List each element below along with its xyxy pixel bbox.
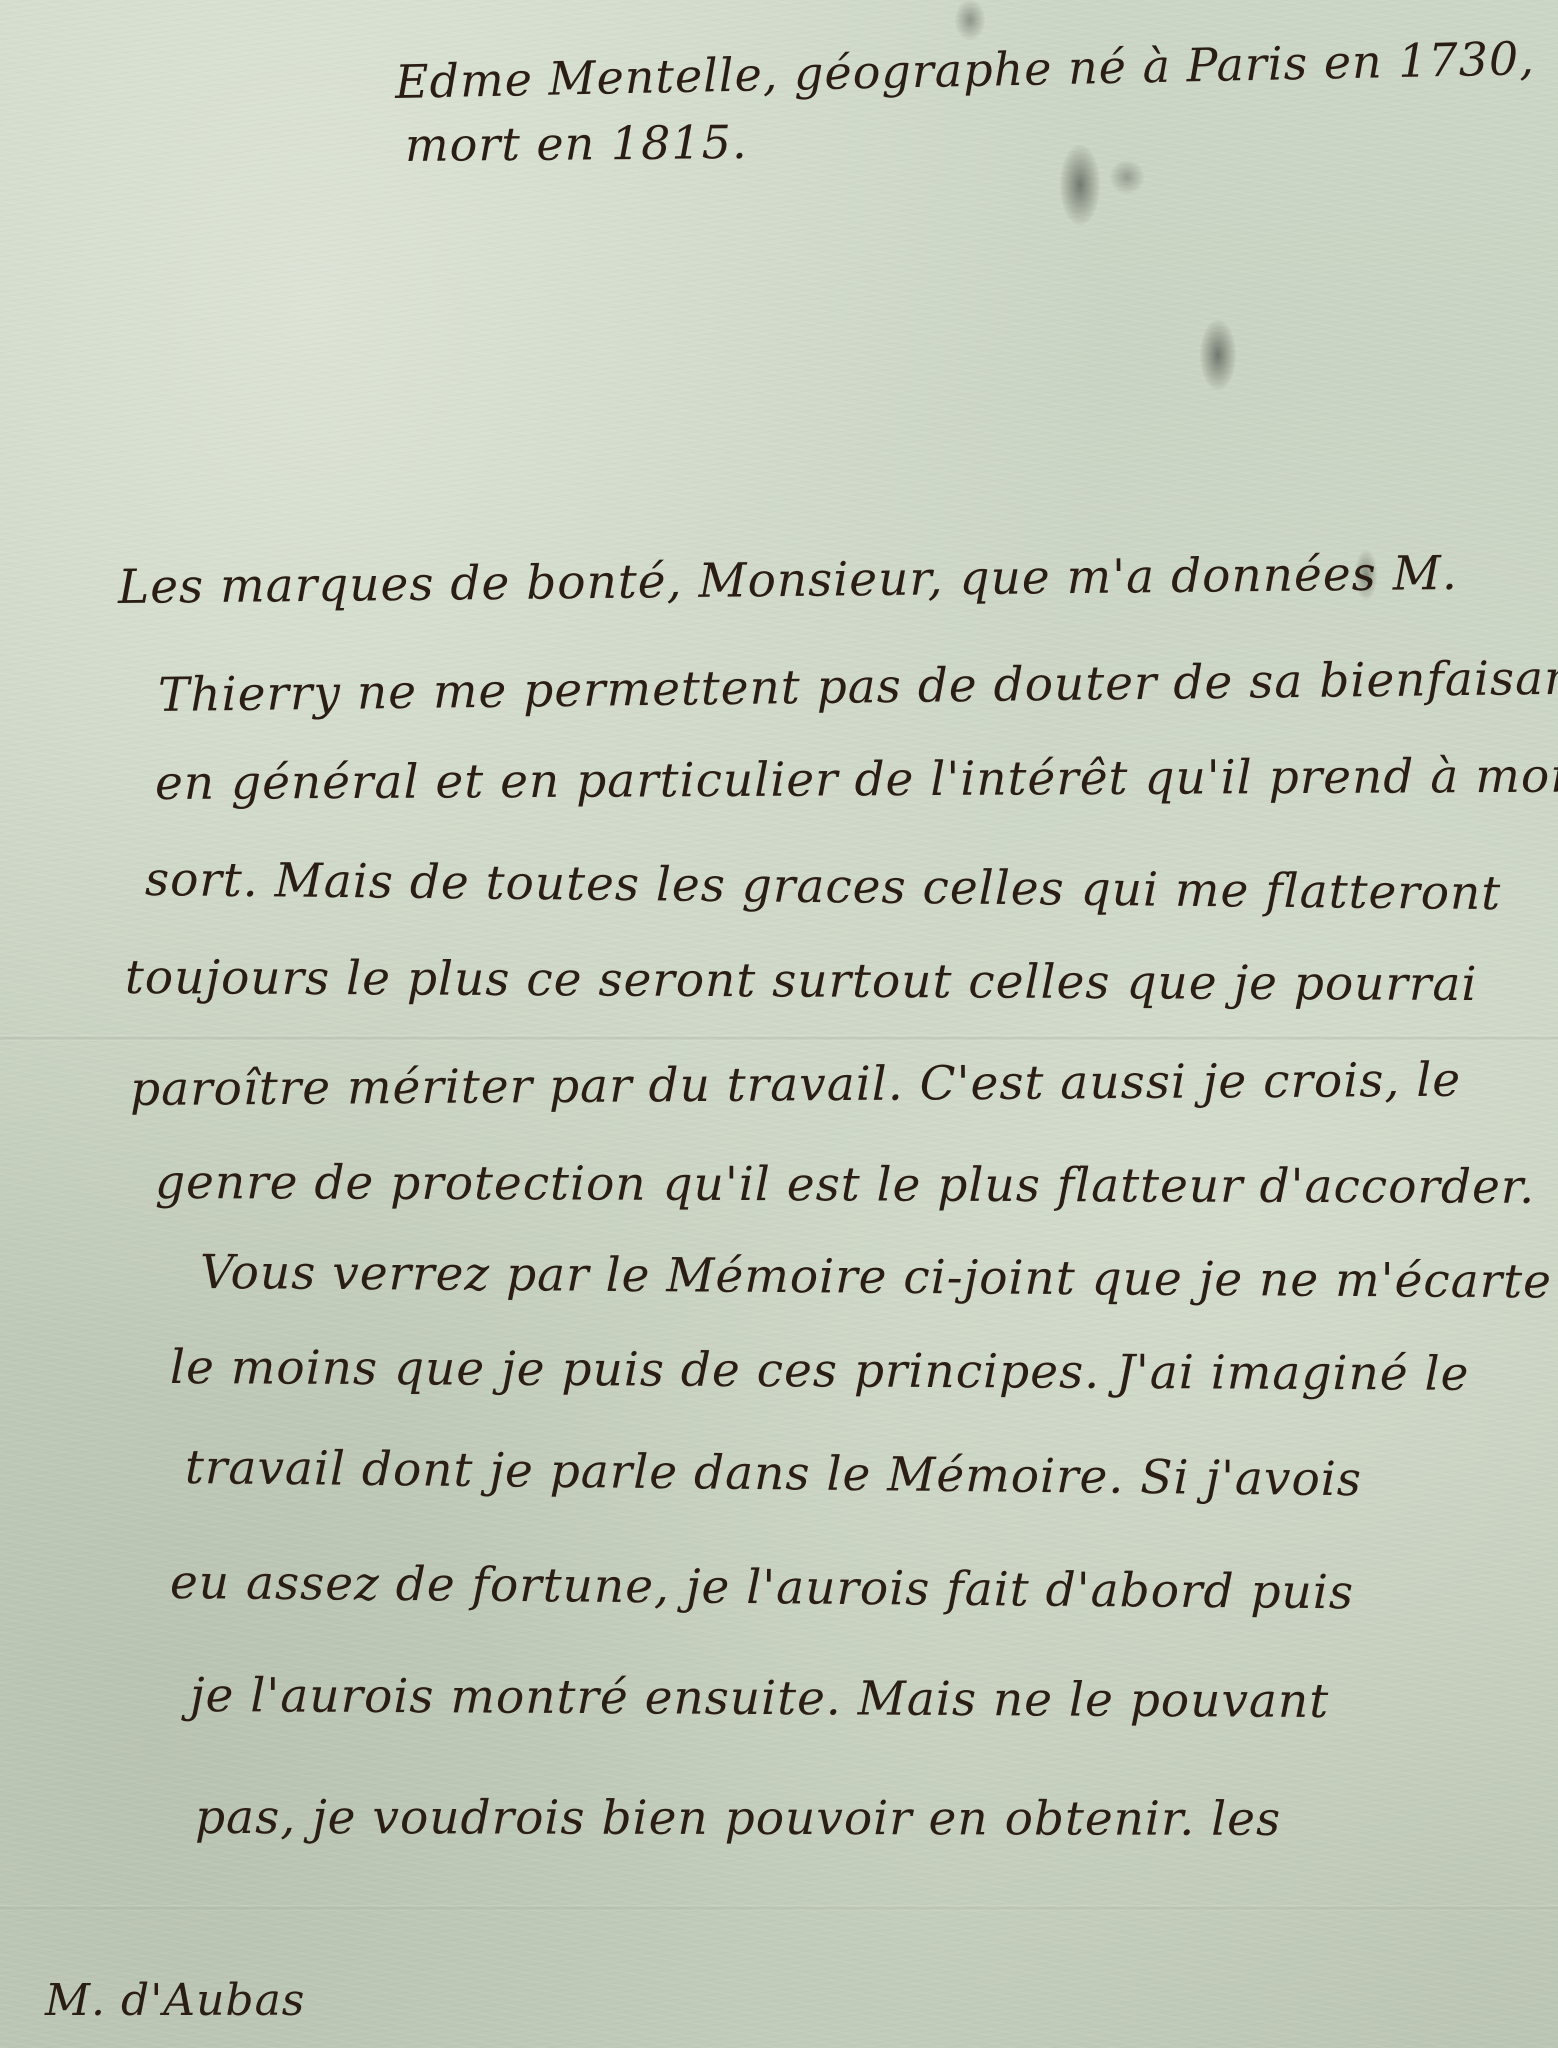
paper-fold-crease	[0, 1035, 1558, 1041]
letter-line: toujours le plus ce seront surtout celle…	[125, 950, 1478, 1012]
ink-stain	[1200, 320, 1236, 390]
header-note-line: mort en 1815.	[405, 115, 748, 172]
letter-line: en général et en particulier de l'intérê…	[155, 749, 1558, 811]
letter-line: Vous verrez par le Mémoire ci-joint que …	[200, 1245, 1552, 1309]
letter-line: genre de protection qu'il est le plus fl…	[155, 1155, 1535, 1215]
ink-stain	[1110, 160, 1144, 194]
letter-line: pas, je voudrois bien pouvoir en obtenir…	[195, 1790, 1281, 1847]
letter-line: eu assez de fortune, je l'aurois fait d'…	[170, 1555, 1354, 1620]
paper-background	[0, 0, 1558, 2048]
letter-line: le moins que je puis de ces principes. J…	[170, 1340, 1470, 1402]
ink-stain	[955, 0, 985, 40]
letter-line: je l'aurois montré ensuite. Mais ne le p…	[190, 1668, 1329, 1729]
letter-line: paroître mériter par du travail. C'est a…	[130, 1053, 1461, 1117]
addressee: M. d'Aubas	[45, 1975, 305, 2026]
paper-fold-crease	[0, 1905, 1558, 1911]
ink-stain	[1060, 145, 1100, 225]
